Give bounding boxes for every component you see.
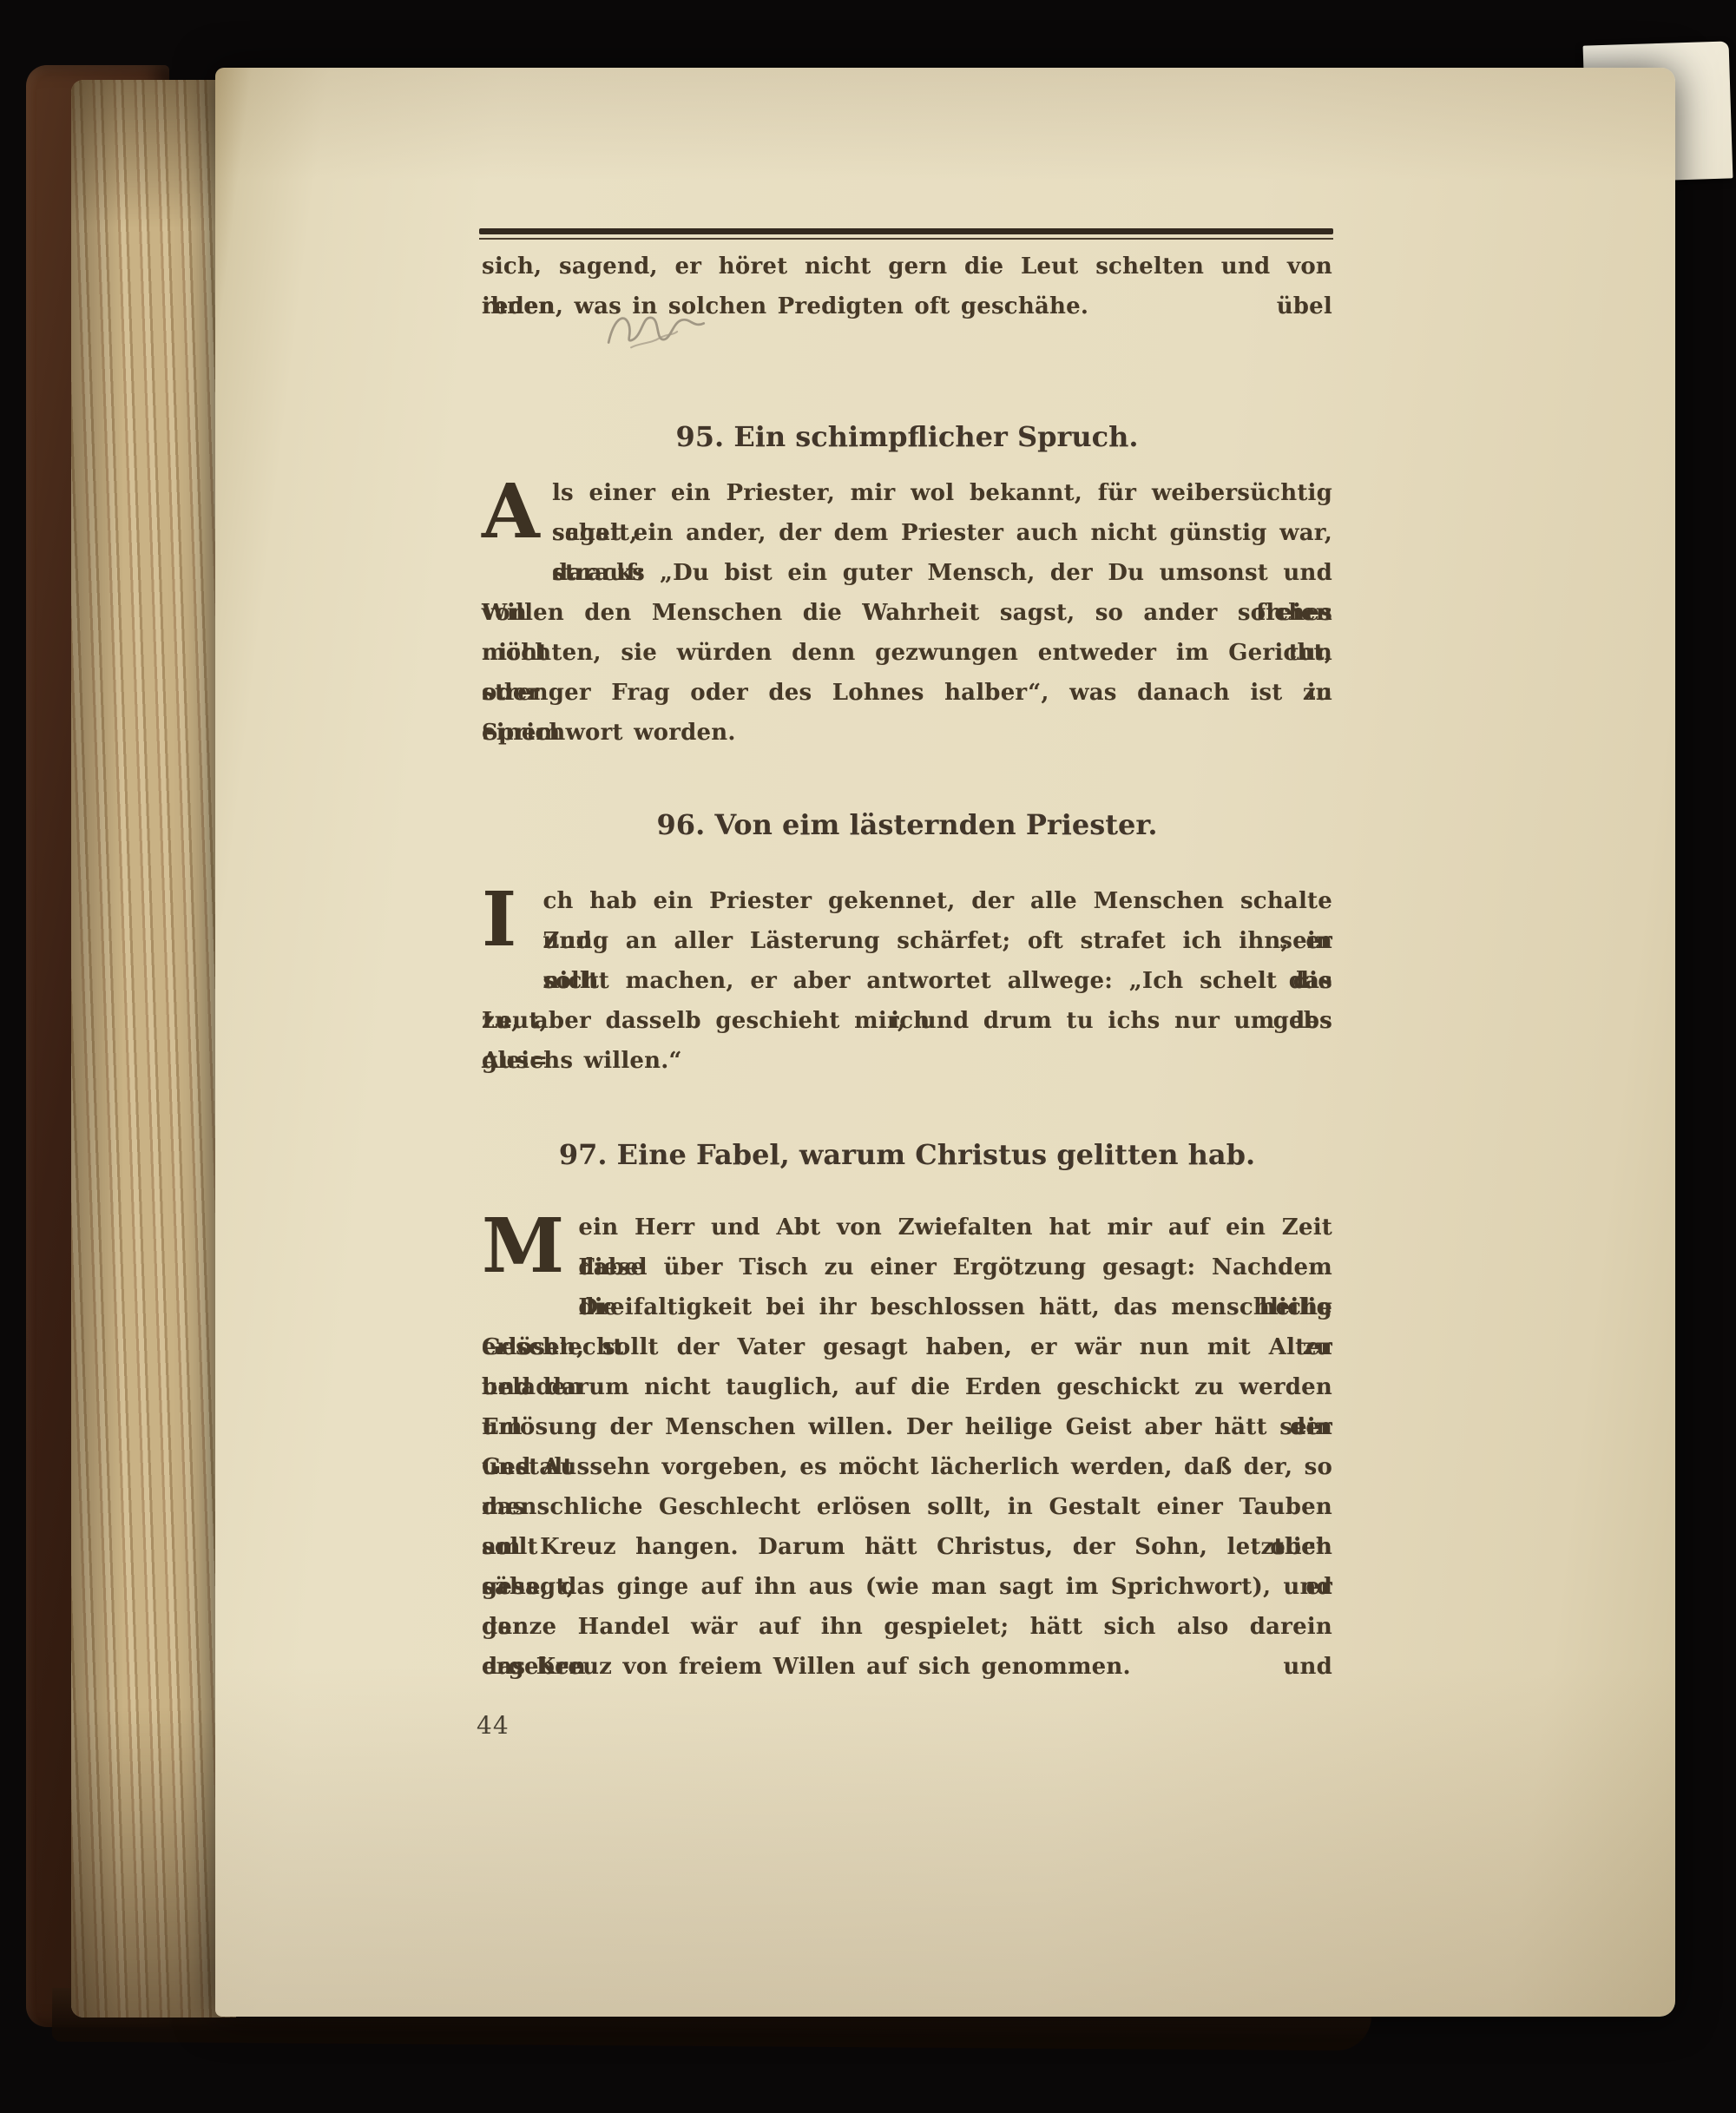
text-line: Fabel über Tisch zu einer Ergötzung gesa…	[482, 1247, 1332, 1287]
text-block: sich, sagend, er höret nicht gern die Le…	[482, 68, 1332, 2017]
text-line: ganze Handel wär auf ihn gespielet; hätt…	[482, 1607, 1332, 1647]
text-line: Erlösung der Menschen willen. Der heilig…	[482, 1407, 1332, 1447]
text-line: erlösen, sollt der Vater gesagt haben, e…	[482, 1327, 1332, 1367]
text-line: am Kreuz hangen. Darum hätt Christus, de…	[482, 1527, 1332, 1567]
text-line: Willen den Menschen die Wahrheit sagst, …	[482, 593, 1332, 633]
text-line: und Aussehn vorgeben, es möcht lächerlic…	[482, 1447, 1332, 1487]
dropcap-initial-a: A	[482, 473, 552, 555]
text-line: sähe, das ginge auf ihn aus (wie man sag…	[482, 1567, 1332, 1607]
paragraph-97: M ein Herr und Abt von Zwiefalten hat mi…	[482, 1208, 1332, 1687]
text-line: darauf: „Du bist ein guter Mensch, der D…	[482, 553, 1332, 593]
text-line: ch hab ein Priester gekennet, der alle M…	[482, 881, 1332, 921]
text-line: zu, aber dasselb geschieht mir, und drum…	[482, 1001, 1332, 1041]
header-rule	[479, 228, 1333, 240]
paragraph-95: A ls einer ein Priester, mir wol bekannt…	[482, 473, 1332, 753]
text-line: Zung an aller Lästerung schärfet; oft st…	[482, 921, 1332, 961]
text-line: menschliche Geschlecht erlösen sollt, in…	[482, 1487, 1332, 1527]
text-line: möchten, sie würden denn gezwungen entwe…	[482, 633, 1332, 673]
text-line: und darum nicht tauglich, auf die Erden …	[482, 1367, 1332, 1407]
book-page: sich, sagend, er höret nicht gern die Le…	[215, 68, 1675, 2017]
text-line: ls einer ein Priester, mir wol bekannt, …	[482, 473, 1332, 513]
header-rule-thick	[479, 228, 1333, 234]
dropcap-initial-i: I	[482, 881, 542, 963]
text-line: Dreifaltigkeit bei ihr beschlossen hätt,…	[482, 1287, 1332, 1327]
book-photograph: sich, sagend, er höret nicht gern die Le…	[0, 0, 1736, 2113]
text-line: sich, sagend, er höret nicht gern die Le…	[482, 247, 1332, 286]
header-rule-thin	[479, 238, 1333, 240]
pencil-annotation	[599, 292, 713, 359]
dropcap-initial-m: M	[482, 1208, 578, 1289]
text-line: ein Herr und Abt von Zwiefalten hat mir …	[482, 1208, 1332, 1247]
section-heading-95: 95. Ein schimpflicher Spruch.	[482, 415, 1332, 458]
text-line: Sprichwort worden.	[482, 713, 1332, 753]
section-heading-96: 96. Von eim lästernden Priester.	[482, 803, 1332, 846]
paragraph-96: I ch hab ein Priester gekennet, der alle…	[482, 881, 1332, 1081]
text-line: saget ein ander, der dem Priester auch n…	[482, 513, 1332, 553]
section-heading-97: 97. Eine Fabel, warum Christus gelitten …	[482, 1133, 1332, 1176]
text-line: gleichs willen.“	[482, 1041, 1332, 1081]
page-number: 44	[477, 1711, 510, 1740]
text-line: strenger Frag oder des Lohnes halber“, w…	[482, 673, 1332, 713]
page-edge-stack	[71, 80, 236, 2018]
text-line: nicht machen, er aber antwortet allwege:…	[482, 961, 1332, 1001]
